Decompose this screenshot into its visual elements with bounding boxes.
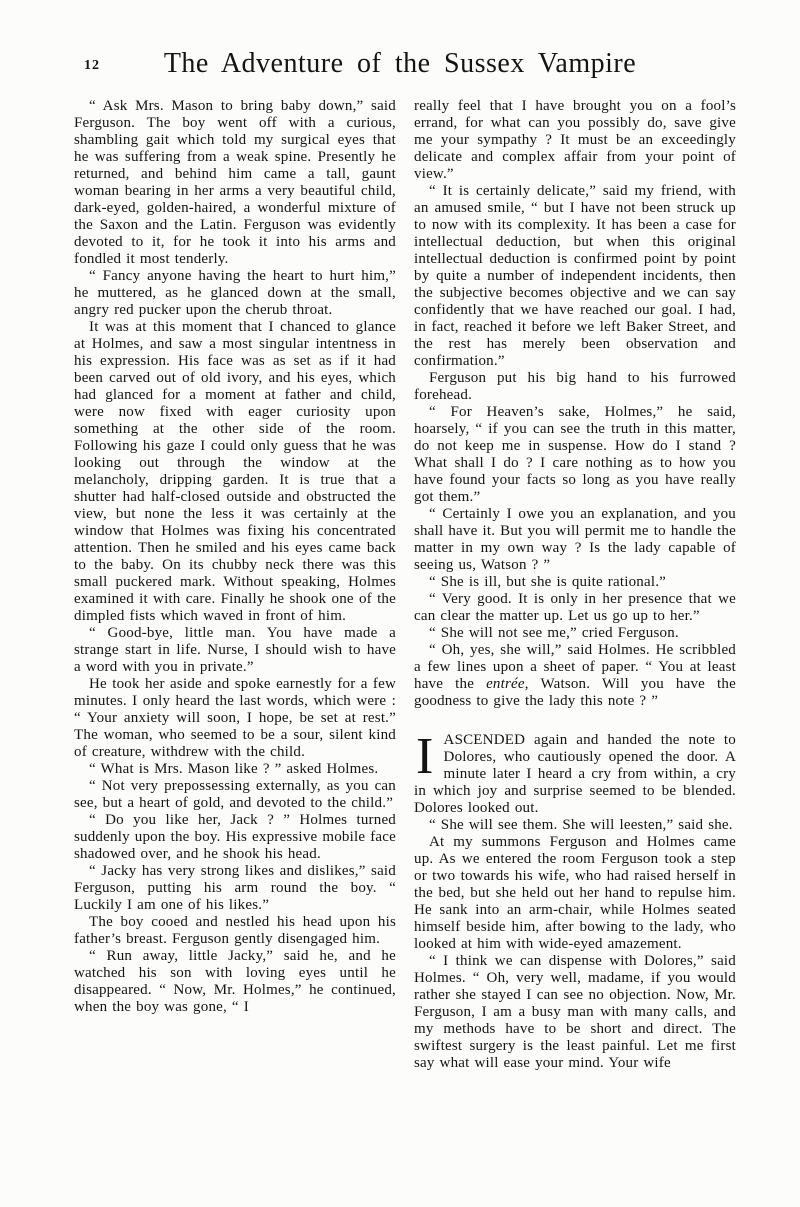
right-column: really feel that I have brought you on a…: [414, 98, 736, 1072]
drop-cap: I: [414, 732, 444, 778]
paragraph: Ferguson put his big hand to his furrowe…: [414, 370, 736, 404]
page-number: 12: [84, 58, 100, 74]
italic-word: entrée: [486, 676, 525, 692]
book-page: 12 The Adventure of the Sussex Vampire “…: [0, 0, 800, 1207]
running-title: The Adventure of the Sussex Vampire: [0, 48, 800, 80]
paragraph: “ Fancy anyone having the heart to hurt …: [74, 268, 396, 319]
paragraph: “ Not very prepossessing externally, as …: [74, 778, 396, 812]
paragraph: “ For Heaven’s sake, Holmes,” he said, h…: [414, 404, 736, 506]
section-opening-paragraph: IASCENDED again and handed the note to D…: [414, 732, 736, 817]
paragraph: “ What is Mrs. Mason like ? ” asked Holm…: [74, 761, 396, 778]
text-columns: “ Ask Mrs. Mason to bring baby down,” sa…: [0, 94, 800, 1072]
paragraph: “ Oh, yes, she will,” said Holmes. He sc…: [414, 642, 736, 710]
paragraph: “ She is ill, but she is quite rational.…: [414, 574, 736, 591]
paragraph: “ Ask Mrs. Mason to bring baby down,” sa…: [74, 98, 396, 268]
paragraph: “ Good-bye, little man. You have made a …: [74, 625, 396, 676]
paragraph: “ It is certainly delicate,” said my fri…: [414, 183, 736, 370]
paragraph: “ She will not see me,” cried Ferguson.: [414, 625, 736, 642]
page-header: 12 The Adventure of the Sussex Vampire: [0, 0, 800, 94]
section-opening-text: ASCENDED again and handed the note to Do…: [414, 732, 736, 816]
paragraph: “ She will see them. She will leesten,” …: [414, 817, 736, 834]
paragraph: “ Jacky has very strong likes and dislik…: [74, 863, 396, 914]
paragraph: really feel that I have brought you on a…: [414, 98, 736, 183]
paragraph: The boy cooed and nestled his head upon …: [74, 914, 396, 948]
paragraph: “ Run away, little Jacky,” said he, and …: [74, 948, 396, 1016]
paragraph: “ Do you like her, Jack ? ” Holmes turne…: [74, 812, 396, 863]
paragraph: He took her aside and spoke earnestly fo…: [74, 676, 396, 761]
paragraph: “ Certainly I owe you an explanation, an…: [414, 506, 736, 574]
paragraph: “ I think we can dispense with Dolores,”…: [414, 953, 736, 1072]
paragraph: It was at this moment that I chanced to …: [74, 319, 396, 625]
left-column: “ Ask Mrs. Mason to bring baby down,” sa…: [74, 98, 396, 1072]
paragraph: “ Very good. It is only in her presence …: [414, 591, 736, 625]
paragraph: At my summons Ferguson and Holmes came u…: [414, 834, 736, 953]
